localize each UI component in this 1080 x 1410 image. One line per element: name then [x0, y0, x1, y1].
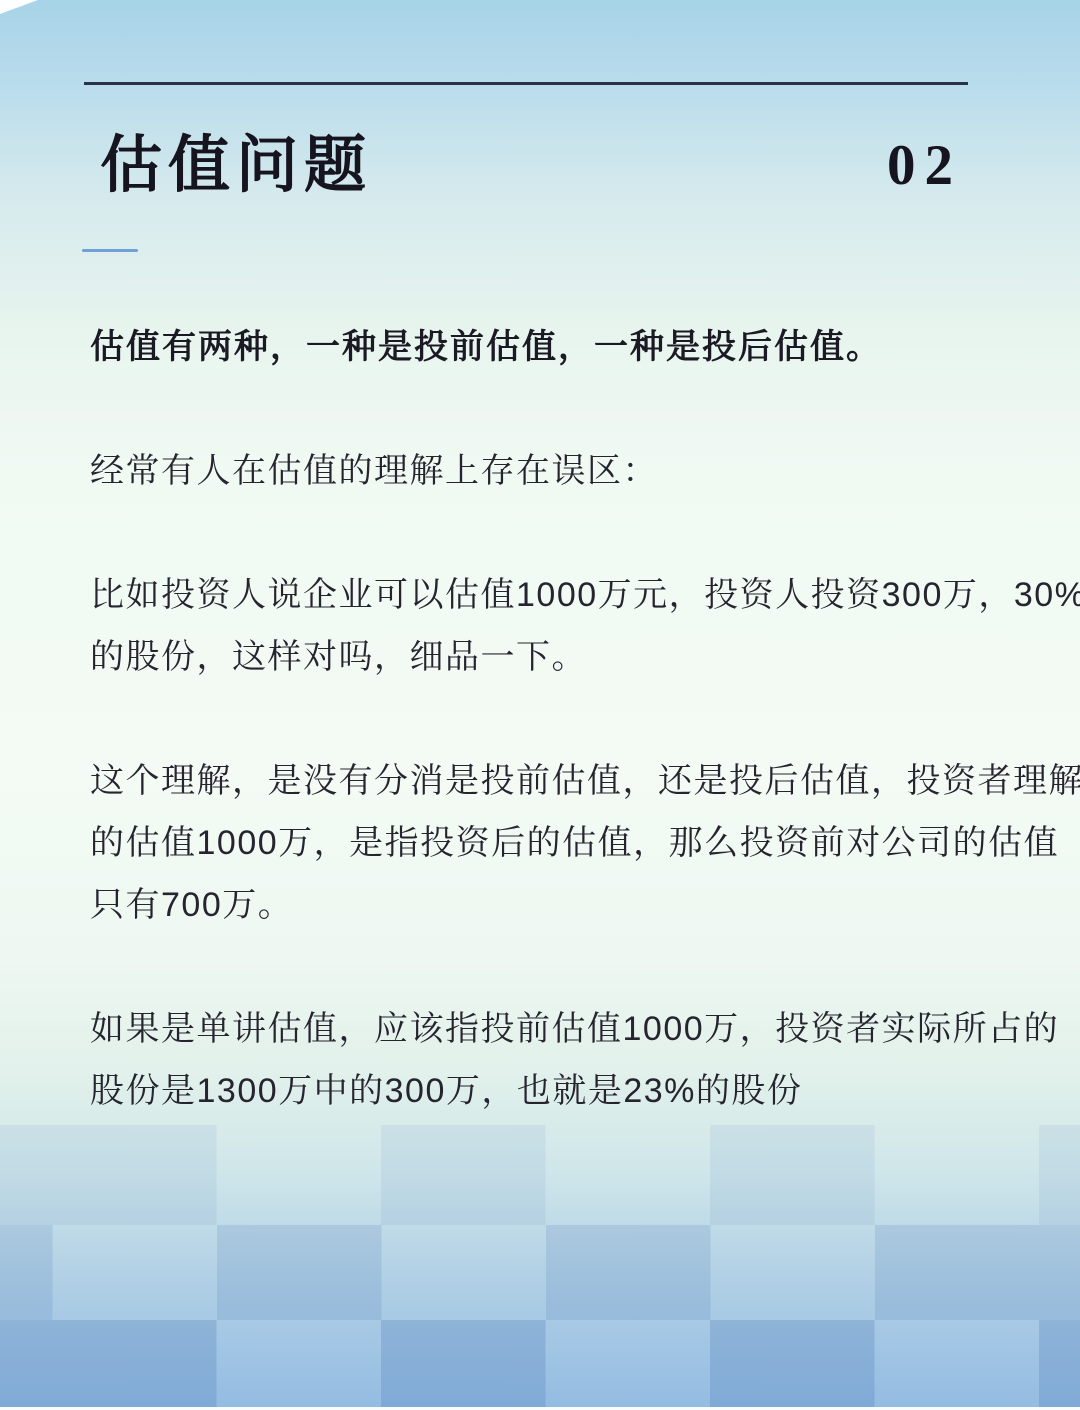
paragraph-explanation: 这个理解，是没有分消是投前估值，还是投后估值，投资者理解 的估值1000万，是指…: [90, 750, 980, 936]
paragraph-line: 比如投资人说企业可以估值1000万元，投资人投资300万，30%: [90, 564, 980, 626]
title-accent-dash: [82, 249, 138, 252]
paragraph-example: 比如投资人说企业可以估值1000万元，投资人投资300万，30% 的股份，这样对…: [90, 564, 980, 688]
paragraph-line: 股份是1300万中的300万，也就是23%的股份: [90, 1060, 980, 1122]
paragraph-line: 的估值1000万，是指投资后的估值，那么投资前对公司的估值: [90, 812, 980, 874]
paragraph-line: 估值有两种，一种是投前估值，一种是投后估值。: [90, 316, 980, 378]
body-text: 估值有两种，一种是投前估值，一种是投后估值。 经常有人在估值的理解上存在误区： …: [90, 316, 980, 1184]
corner-artifact: [0, 0, 38, 14]
paragraph-line: 这个理解，是没有分消是投前估值，还是投后估值，投资者理解: [90, 750, 980, 812]
header: 估值问题 02: [100, 131, 962, 201]
paragraph-conclusion: 如果是单讲估值，应该指投前估值1000万，投资者实际所占的 股份是1300万中的…: [90, 998, 980, 1122]
paragraph-line: 经常有人在估值的理解上存在误区：: [90, 440, 980, 502]
document-card: 估值问题 02 估值有两种，一种是投前估值，一种是投后估值。 经常有人在估值的理…: [0, 0, 1080, 1410]
paragraph-line: 只有700万。: [90, 874, 980, 936]
paragraph-intro: 估值有两种，一种是投前估值，一种是投后估值。: [90, 316, 980, 378]
checker-row-middle: [0, 1225, 1080, 1320]
page-title: 估值问题: [100, 131, 372, 201]
paragraph-line: 如果是单讲估值，应该指投前估值1000万，投资者实际所占的: [90, 998, 980, 1060]
paragraph-misconception: 经常有人在估值的理解上存在误区：: [90, 440, 980, 502]
header-divider: [84, 82, 968, 85]
paragraph-line: 的股份，这样对吗，细品一下。: [90, 626, 980, 688]
checker-row-bottom: [0, 1320, 1080, 1410]
page-number: 02: [887, 131, 962, 201]
